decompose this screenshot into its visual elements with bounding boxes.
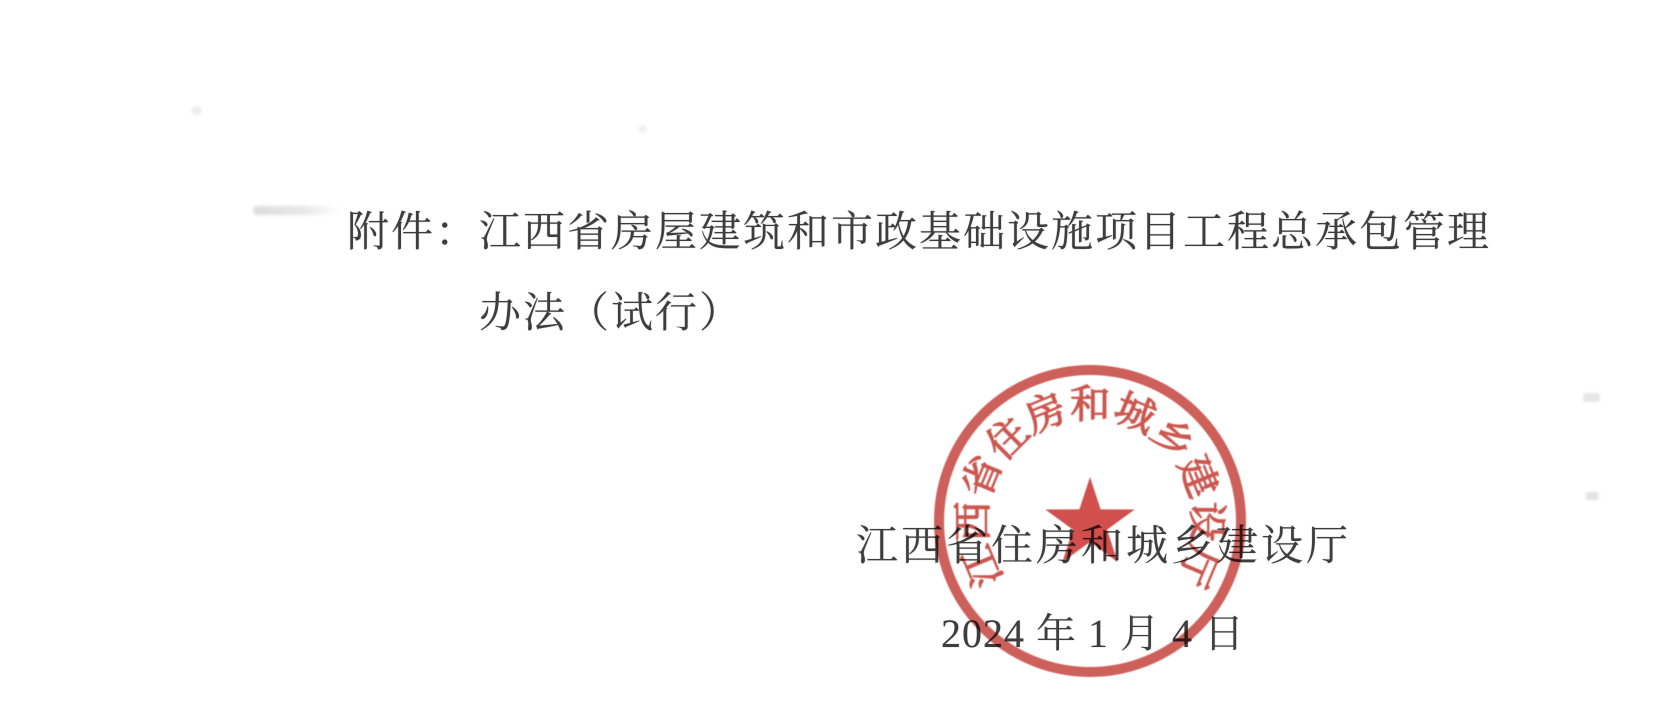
scan-artifact — [1583, 393, 1600, 402]
scanned-document-page: 附件：江西省房屋建筑和市政基础设施项目工程总承包管理 办法（试行） 江西省住房和… — [0, 0, 1653, 707]
attachment-title-line2: 办法（试行） — [479, 280, 743, 340]
scan-artifact — [191, 106, 202, 115]
official-seal-graphic: 江西省住房和城乡建设厅 — [925, 356, 1255, 686]
scan-artifact — [253, 206, 341, 215]
seal-star — [1045, 477, 1134, 562]
attachment-title-line1: 附件：江西省房屋建筑和市政基础设施项目工程总承包管理 — [347, 199, 1491, 259]
scan-artifact — [1586, 492, 1599, 500]
official-seal: 江西省住房和城乡建设厅 — [925, 356, 1255, 686]
scan-artifact — [638, 125, 647, 133]
